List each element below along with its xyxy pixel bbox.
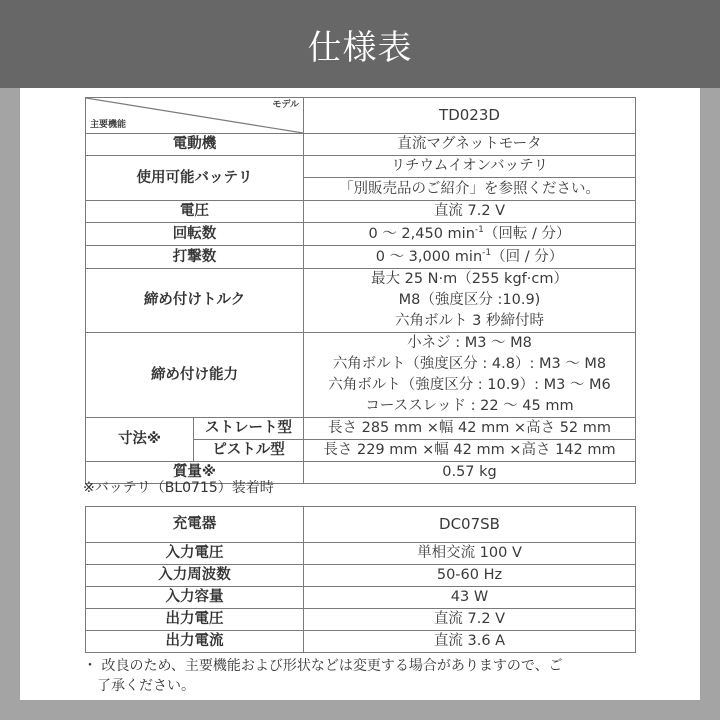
corner-cell: モデル 主要機能 — [86, 98, 304, 134]
row-value: 50-60 Hz — [304, 565, 636, 587]
table-row: 入力容量 43 W — [86, 587, 636, 609]
row-label: 出力電流 — [86, 631, 304, 653]
row-value: 「別販売品のご紹介」を参照ください。 — [304, 178, 636, 201]
table-row: 打撃数 0 ～ 3,000 min-1（回 / 分） — [86, 246, 636, 269]
charger-model: DC07SB — [304, 507, 636, 543]
value-line: M8（強度区分 :10.9) — [304, 290, 635, 311]
row-value: 単相交流 100 V — [304, 543, 636, 565]
table-row: 締め付けトルク 最大 25 N·m（255 kgf·cm） M8（強度区分 :1… — [86, 269, 636, 333]
row-label: 打撃数 — [86, 246, 304, 269]
row-label: 使用可能バッテリ — [86, 156, 304, 201]
table-row: 使用可能バッテリ リチウムイオンバッテリ — [86, 156, 636, 178]
table-row: 電圧 直流 7.2 V — [86, 201, 636, 223]
table-header-row: 充電器 DC07SB — [86, 507, 636, 543]
value-line: 六角ボルト 3 秒締付時 — [304, 311, 635, 332]
table-row: 入力周波数 50-60 Hz — [86, 565, 636, 587]
value-line: 六角ボルト（強度区分 : 10.9）: M3 ～ M6 — [304, 375, 635, 396]
value-text: （回 / 分） — [491, 249, 563, 265]
row-label: 入力電圧 — [86, 543, 304, 565]
table-row: 回転数 0 ～ 2,450 min-1（回転 / 分） — [86, 223, 636, 246]
value-text: 0 ～ 3,000 min — [376, 249, 482, 265]
tool-spec-table: モデル 主要機能 TD023D 電動機 直流マグネットモータ 使用可能バッテリ … — [85, 97, 636, 484]
value-line: 六角ボルト（強度区分 : 4.8）: M3 ～ M8 — [304, 354, 635, 375]
row-label: 入力周波数 — [86, 565, 304, 587]
table-row: 入力電圧 単相交流 100 V — [86, 543, 636, 565]
row-value: 長さ 285 mm ×幅 42 mm ×高さ 52 mm — [304, 418, 636, 440]
table-header-row: モデル 主要機能 TD023D — [86, 98, 636, 134]
value-line: 最大 25 N·m（255 kgf·cm） — [304, 269, 635, 290]
row-value: 最大 25 N·m（255 kgf·cm） M8（強度区分 :10.9) 六角ボ… — [304, 269, 636, 333]
row-label: 電動機 — [86, 134, 304, 156]
row-value: 直流 7.2 V — [304, 201, 636, 223]
spec-panel: モデル 主要機能 TD023D 電動機 直流マグネットモータ 使用可能バッテリ … — [20, 88, 700, 700]
row-value: 0.57 kg — [304, 462, 636, 484]
value-sup: -1 — [475, 225, 484, 235]
value-text: （回転 / 分） — [484, 226, 571, 242]
row-value: 直流 3.6 A — [304, 631, 636, 653]
disclaimer-line-1: ・ 改良のため、主要機能および形状などは変更する場合がありますので、ご — [83, 656, 563, 676]
table-row: 締め付け能力 小ネジ : M3 ～ M8 六角ボルト（強度区分 : 4.8）: … — [86, 333, 636, 418]
row-value: 0 ～ 3,000 min-1（回 / 分） — [304, 246, 636, 269]
row-value: 直流マグネットモータ — [304, 134, 636, 156]
value-line: 小ネジ : M3 ～ M8 — [304, 333, 635, 354]
disclaimer-line-2: 了承ください。 — [97, 676, 195, 696]
row-value: 43 W — [304, 587, 636, 609]
row-label: 電圧 — [86, 201, 304, 223]
row-value: 直流 7.2 V — [304, 609, 636, 631]
row-value: 小ネジ : M3 ～ M8 六角ボルト（強度区分 : 4.8）: M3 ～ M8… — [304, 333, 636, 418]
row-label: 入力容量 — [86, 587, 304, 609]
model-name: TD023D — [304, 98, 636, 134]
page-header: 仕様表 — [0, 0, 720, 88]
table-row: 電動機 直流マグネットモータ — [86, 134, 636, 156]
charger-spec-table: 充電器 DC07SB 入力電圧 単相交流 100 V 入力周波数 50-60 H… — [85, 506, 636, 653]
row-value: 0 ～ 2,450 min-1（回転 / 分） — [304, 223, 636, 246]
row-sublabel: ピストル型 — [194, 440, 304, 462]
row-value: 長さ 229 mm ×幅 42 mm ×高さ 142 mm — [304, 440, 636, 462]
value-sup: -1 — [482, 248, 491, 258]
row-label: 締め付けトルク — [86, 269, 304, 333]
row-label: 寸法※ — [86, 418, 194, 462]
row-label: 出力電圧 — [86, 609, 304, 631]
function-heading: 主要機能 — [90, 119, 126, 131]
table-row: 出力電流 直流 3.6 A — [86, 631, 636, 653]
charger-heading: 充電器 — [86, 507, 304, 543]
row-label: 回転数 — [86, 223, 304, 246]
table-row: 寸法※ ストレート型 長さ 285 mm ×幅 42 mm ×高さ 52 mm — [86, 418, 636, 440]
page-title: 仕様表 — [308, 20, 413, 69]
model-heading: モデル — [272, 99, 299, 111]
row-sublabel: ストレート型 — [194, 418, 304, 440]
row-label: 締め付け能力 — [86, 333, 304, 418]
value-text: 0 ～ 2,450 min — [368, 226, 474, 242]
value-line: コーススレッド : 22 ～ 45 mm — [304, 396, 635, 417]
battery-footnote: ※バッテリ（BL0715）装着時 — [83, 478, 274, 498]
table-row: 出力電圧 直流 7.2 V — [86, 609, 636, 631]
row-value: リチウムイオンバッテリ — [304, 156, 636, 178]
